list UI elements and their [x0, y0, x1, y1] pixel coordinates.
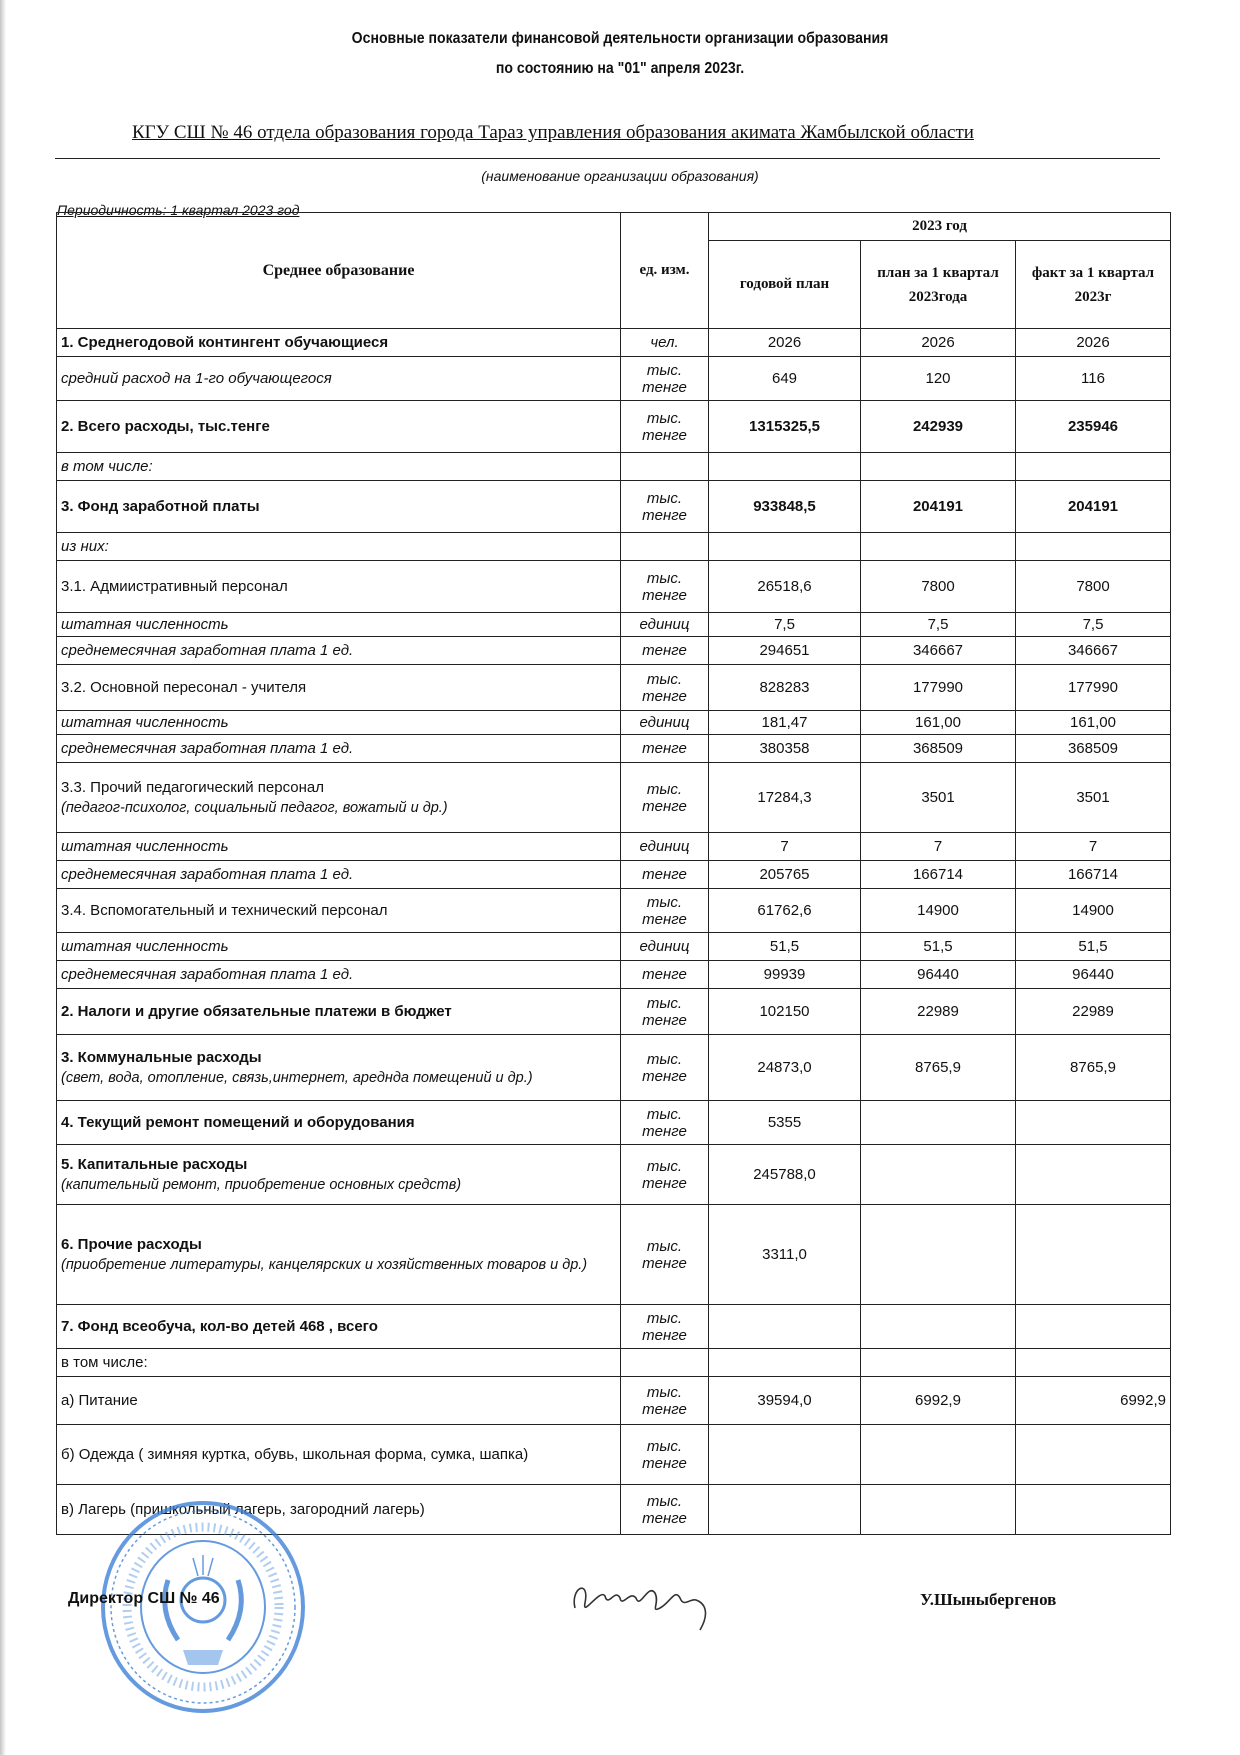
row-annual-plan — [709, 1305, 861, 1349]
row-annual-plan: 294651 — [709, 637, 861, 665]
row-label: 4. Текущий ремонт помещений и оборудован… — [57, 1101, 621, 1145]
row-unit: тыс. тенге — [621, 1377, 709, 1425]
row-fact-q1: 7800 — [1016, 561, 1171, 613]
row-fact-q1: 6992,9 — [1016, 1377, 1171, 1425]
row-plan-q1: 346667 — [861, 637, 1016, 665]
row-label: штатная численность — [57, 833, 621, 861]
row-label-text: 1. Среднегодовой контингент обучающиеся — [61, 334, 388, 351]
table-row: в том числе: — [57, 453, 1171, 481]
row-label: в том числе: — [57, 1349, 621, 1377]
row-label: из них: — [57, 533, 621, 561]
row-plan-q1: 166714 — [861, 861, 1016, 889]
row-label: 1. Среднегодовой контингент обучающиеся — [57, 329, 621, 357]
row-label: среднемесячная заработная плата 1 ед. — [57, 735, 621, 763]
row-annual-plan: 26518,6 — [709, 561, 861, 613]
row-annual-plan: 39594,0 — [709, 1377, 861, 1425]
table-row: 7. Фонд всеобуча, кол-во детей 468 , все… — [57, 1305, 1171, 1349]
row-annual-plan: 828283 — [709, 665, 861, 711]
row-annual-plan: 2026 — [709, 329, 861, 357]
row-plan-q1: 120 — [861, 357, 1016, 401]
row-annual-plan: 3311,0 — [709, 1205, 861, 1305]
row-label-note: (свет, вода, отопление, связь,интернет, … — [61, 1070, 616, 1086]
table-row: 3. Коммунальные расходы(свет, вода, отоп… — [57, 1035, 1171, 1101]
row-plan-q1: 368509 — [861, 735, 1016, 763]
header-fact-q1: факт за 1 квартал 2023г — [1016, 241, 1171, 329]
row-fact-q1 — [1016, 533, 1171, 561]
row-plan-q1 — [861, 1485, 1016, 1535]
table-row: 3.1. Адмиистративный персоналтыс. тенге2… — [57, 561, 1171, 613]
row-label: 7. Фонд всеобуча, кол-во детей 468 , все… — [57, 1305, 621, 1349]
row-label-text: в том числе: — [61, 1354, 148, 1371]
row-annual-plan: 7 — [709, 833, 861, 861]
row-unit: тыс. тенге — [621, 889, 709, 933]
row-annual-plan: 5355 — [709, 1101, 861, 1145]
row-fact-q1 — [1016, 1205, 1171, 1305]
row-label: 3.2. Основной пересонал - учителя — [57, 665, 621, 711]
row-fact-q1: 116 — [1016, 357, 1171, 401]
row-unit: единиц — [621, 711, 709, 735]
row-annual-plan: 245788,0 — [709, 1145, 861, 1205]
row-annual-plan: 380358 — [709, 735, 861, 763]
table-row: 6. Прочие расходы(приобретение литератур… — [57, 1205, 1171, 1305]
row-unit: тенге — [621, 861, 709, 889]
row-label-text: б) Одежда ( зимняя куртка, обувь, школьн… — [61, 1446, 528, 1463]
row-unit: тыс. тенге — [621, 763, 709, 833]
row-label-text: 3.1. Адмиистративный персонал — [61, 578, 288, 595]
row-fact-q1: 161,00 — [1016, 711, 1171, 735]
row-unit — [621, 533, 709, 561]
row-annual-plan: 649 — [709, 357, 861, 401]
row-fact-q1 — [1016, 453, 1171, 481]
row-unit: тыс. тенге — [621, 1145, 709, 1205]
row-plan-q1: 2026 — [861, 329, 1016, 357]
row-fact-q1: 22989 — [1016, 989, 1171, 1035]
row-unit: тыс. тенге — [621, 561, 709, 613]
row-fact-q1: 235946 — [1016, 401, 1171, 453]
table-row: среднемесячная заработная плата 1 ед.тен… — [57, 861, 1171, 889]
row-plan-q1 — [861, 1205, 1016, 1305]
table-body: 1. Среднегодовой контингент обучающиесяч… — [57, 329, 1171, 1535]
row-label-text: 4. Текущий ремонт помещений и оборудован… — [61, 1114, 415, 1131]
row-fact-q1 — [1016, 1425, 1171, 1485]
row-unit: чел. — [621, 329, 709, 357]
row-label-text: 3.2. Основной пересонал - учителя — [61, 679, 306, 696]
row-annual-plan: 24873,0 — [709, 1035, 861, 1101]
header-year-group: 2023 год — [709, 213, 1171, 241]
row-fact-q1: 166714 — [1016, 861, 1171, 889]
table-row: среднемесячная заработная плата 1 ед.тен… — [57, 637, 1171, 665]
row-label: 6. Прочие расходы(приобретение литератур… — [57, 1205, 621, 1305]
signature-block: Директор СШ № 46 У.Шыныбергенов — [0, 1590, 1240, 1630]
row-annual-plan — [709, 1349, 861, 1377]
row-fact-q1 — [1016, 1305, 1171, 1349]
row-label-text: а) Питание — [61, 1392, 138, 1409]
row-label: 3. Фонд заработной платы — [57, 481, 621, 533]
table-row: средний расход на 1-го обучающегосятыс. … — [57, 357, 1171, 401]
row-label: 2. Налоги и другие обязательные платежи … — [57, 989, 621, 1035]
row-unit: тыс. тенге — [621, 1035, 709, 1101]
row-unit: тенге — [621, 735, 709, 763]
row-label: штатная численность — [57, 711, 621, 735]
row-annual-plan — [709, 533, 861, 561]
table-row: 3.3. Прочий педагогический персонал(педа… — [57, 763, 1171, 833]
row-label-text: 6. Прочие расходы — [61, 1236, 202, 1253]
table-row: штатная численностьединиц7,57,57,5 — [57, 613, 1171, 637]
organization-name: КГУ СШ № 46 отдела образования города Та… — [132, 122, 1092, 144]
table-row: в том числе: — [57, 1349, 1171, 1377]
row-plan-q1 — [861, 1145, 1016, 1205]
row-annual-plan: 933848,5 — [709, 481, 861, 533]
row-unit: тыс. тенге — [621, 1305, 709, 1349]
table-row: а) Питаниетыс. тенге39594,06992,96992,9 — [57, 1377, 1171, 1425]
row-label-note: (приобретение литературы, канцелярских и… — [61, 1257, 616, 1273]
row-plan-q1: 51,5 — [861, 933, 1016, 961]
row-unit: тыс. тенге — [621, 665, 709, 711]
row-fact-q1: 51,5 — [1016, 933, 1171, 961]
row-annual-plan: 17284,3 — [709, 763, 861, 833]
row-label-text: штатная численность — [61, 714, 229, 731]
row-label: штатная численность — [57, 613, 621, 637]
row-label-note: (педагог-психолог, социальный педагог, в… — [61, 800, 616, 816]
row-unit: тыс. тенге — [621, 989, 709, 1035]
table-row: штатная численностьединиц51,551,551,5 — [57, 933, 1171, 961]
row-unit: тыс. тенге — [621, 1485, 709, 1535]
row-plan-q1 — [861, 453, 1016, 481]
row-label: среднемесячная заработная плата 1 ед. — [57, 961, 621, 989]
row-label: в том числе: — [57, 453, 621, 481]
row-fact-q1: 8765,9 — [1016, 1035, 1171, 1101]
row-annual-plan: 61762,6 — [709, 889, 861, 933]
scan-edge-shadow — [0, 0, 6, 1755]
table-row: 1. Среднегодовой контингент обучающиесяч… — [57, 329, 1171, 357]
row-label-text: 3. Коммунальные расходы — [61, 1049, 262, 1066]
row-label-text: 2. Всего расходы, тыс.тенге — [61, 418, 270, 435]
row-label-note: (капительный ремонт, приобретение основн… — [61, 1177, 616, 1193]
row-label-text: 5. Капитальные расходы — [61, 1156, 247, 1173]
row-fact-q1: 96440 — [1016, 961, 1171, 989]
table-row: 2. Всего расходы, тыс.тенгетыс. тенге131… — [57, 401, 1171, 453]
row-unit: тенге — [621, 961, 709, 989]
document-date: по состоянию на "01" апреля 2023г. — [74, 60, 1165, 78]
financial-indicators-table: Среднее образование ед. изм. 2023 год го… — [56, 212, 1171, 1535]
row-fact-q1 — [1016, 1349, 1171, 1377]
row-label-text: 3.4. Вспомогательный и технический персо… — [61, 902, 387, 919]
row-plan-q1: 242939 — [861, 401, 1016, 453]
row-plan-q1 — [861, 1349, 1016, 1377]
row-annual-plan — [709, 1485, 861, 1535]
row-annual-plan: 1315325,5 — [709, 401, 861, 453]
row-label: а) Питание — [57, 1377, 621, 1425]
row-label-text: среднемесячная заработная плата 1 ед. — [61, 740, 353, 757]
row-plan-q1 — [861, 1425, 1016, 1485]
row-plan-q1 — [861, 1101, 1016, 1145]
row-fact-q1: 3501 — [1016, 763, 1171, 833]
row-unit: тыс. тенге — [621, 1205, 709, 1305]
row-label: среднемесячная заработная плата 1 ед. — [57, 637, 621, 665]
row-label-text: средний расход на 1-го обучающегося — [61, 370, 332, 387]
table-row: 2. Налоги и другие обязательные платежи … — [57, 989, 1171, 1035]
header-plan-q1: план за 1 квартал 2023года — [861, 241, 1016, 329]
row-label-text: из них: — [61, 538, 109, 555]
row-unit: единиц — [621, 833, 709, 861]
row-fact-q1: 368509 — [1016, 735, 1171, 763]
row-annual-plan: 181,47 — [709, 711, 861, 735]
row-unit: тыс. тенге — [621, 1101, 709, 1145]
row-unit: тыс. тенге — [621, 1425, 709, 1485]
row-unit — [621, 1349, 709, 1377]
row-plan-q1: 96440 — [861, 961, 1016, 989]
row-label: среднемесячная заработная плата 1 ед. — [57, 861, 621, 889]
row-plan-q1: 161,00 — [861, 711, 1016, 735]
table-row: 3. Фонд заработной платытыс. тенге933848… — [57, 481, 1171, 533]
row-label-text: 7. Фонд всеобуча, кол-во детей 468 , все… — [61, 1318, 378, 1335]
row-annual-plan: 205765 — [709, 861, 861, 889]
row-label-text: среднемесячная заработная плата 1 ед. — [61, 642, 353, 659]
row-annual-plan: 99939 — [709, 961, 861, 989]
row-label: б) Одежда ( зимняя куртка, обувь, школьн… — [57, 1425, 621, 1485]
row-fact-q1: 204191 — [1016, 481, 1171, 533]
row-fact-q1: 177990 — [1016, 665, 1171, 711]
row-plan-q1: 8765,9 — [861, 1035, 1016, 1101]
signatory-name: У.Шыныбергенов — [920, 1590, 1056, 1610]
row-label-text: 2. Налоги и другие обязательные платежи … — [61, 1003, 452, 1020]
table-row: 3.4. Вспомогательный и технический персо… — [57, 889, 1171, 933]
row-annual-plan: 51,5 — [709, 933, 861, 961]
table-row: б) Одежда ( зимняя куртка, обувь, школьн… — [57, 1425, 1171, 1485]
row-fact-q1: 7 — [1016, 833, 1171, 861]
table-row: среднемесячная заработная плата 1 ед.тен… — [57, 961, 1171, 989]
row-label-text: штатная численность — [61, 938, 229, 955]
row-unit — [621, 453, 709, 481]
row-plan-q1: 177990 — [861, 665, 1016, 711]
document-title: Основные показатели финансовой деятельно… — [74, 30, 1165, 48]
row-label-text: штатная численность — [61, 838, 229, 855]
row-annual-plan: 7,5 — [709, 613, 861, 637]
row-plan-q1: 22989 — [861, 989, 1016, 1035]
row-annual-plan — [709, 453, 861, 481]
row-label: 3. Коммунальные расходы(свет, вода, отоп… — [57, 1035, 621, 1101]
header-unit: ед. изм. — [621, 213, 709, 329]
row-fact-q1: 14900 — [1016, 889, 1171, 933]
row-plan-q1: 7,5 — [861, 613, 1016, 637]
row-label: 2. Всего расходы, тыс.тенге — [57, 401, 621, 453]
row-unit: единиц — [621, 613, 709, 637]
row-label-text: 3.3. Прочий педагогический персонал — [61, 779, 324, 796]
row-unit: тыс. тенге — [621, 357, 709, 401]
row-label: 3.3. Прочий педагогический персонал(педа… — [57, 763, 621, 833]
row-plan-q1: 3501 — [861, 763, 1016, 833]
row-plan-q1 — [861, 1305, 1016, 1349]
row-annual-plan — [709, 1425, 861, 1485]
header-section: Среднее образование — [57, 213, 621, 329]
row-plan-q1: 14900 — [861, 889, 1016, 933]
director-label: Директор СШ № 46 — [68, 1590, 220, 1608]
row-label-text: среднемесячная заработная плата 1 ед. — [61, 966, 353, 983]
organization-underline — [55, 158, 1160, 159]
row-unit: тыс. тенге — [621, 401, 709, 453]
row-label: средний расход на 1-го обучающегося — [57, 357, 621, 401]
row-unit: тенге — [621, 637, 709, 665]
table-row: 4. Текущий ремонт помещений и оборудован… — [57, 1101, 1171, 1145]
row-plan-q1: 6992,9 — [861, 1377, 1016, 1425]
table-row: штатная численностьединиц777 — [57, 833, 1171, 861]
row-annual-plan: 102150 — [709, 989, 861, 1035]
row-unit: единиц — [621, 933, 709, 961]
row-fact-q1 — [1016, 1145, 1171, 1205]
table-row: 3.2. Основной пересонал - учителятыс. те… — [57, 665, 1171, 711]
table-row: среднемесячная заработная плата 1 ед.тен… — [57, 735, 1171, 763]
row-fact-q1: 7,5 — [1016, 613, 1171, 637]
row-fact-q1 — [1016, 1485, 1171, 1535]
row-unit: тыс. тенге — [621, 481, 709, 533]
row-label-text: штатная численность — [61, 616, 229, 633]
row-label: штатная численность — [57, 933, 621, 961]
header-annual-plan: годовой план — [709, 241, 861, 329]
row-label-text: 3. Фонд заработной платы — [61, 498, 260, 515]
row-plan-q1: 7 — [861, 833, 1016, 861]
row-fact-q1: 2026 — [1016, 329, 1171, 357]
row-label: 3.1. Адмиистративный персонал — [57, 561, 621, 613]
row-plan-q1 — [861, 533, 1016, 561]
row-fact-q1 — [1016, 1101, 1171, 1145]
table-row: штатная численностьединиц181,47161,00161… — [57, 711, 1171, 735]
row-label-text: среднемесячная заработная плата 1 ед. — [61, 866, 353, 883]
row-label: 5. Капитальные расходы(капительный ремон… — [57, 1145, 621, 1205]
row-fact-q1: 346667 — [1016, 637, 1171, 665]
table-row: из них: — [57, 533, 1171, 561]
handwritten-signature-icon — [560, 1568, 750, 1638]
row-plan-q1: 7800 — [861, 561, 1016, 613]
organization-caption: (наименование организации образования) — [0, 168, 1240, 184]
table-row: 5. Капитальные расходы(капительный ремон… — [57, 1145, 1171, 1205]
row-label-text: в том числе: — [61, 458, 153, 475]
row-plan-q1: 204191 — [861, 481, 1016, 533]
row-label: 3.4. Вспомогательный и технический персо… — [57, 889, 621, 933]
